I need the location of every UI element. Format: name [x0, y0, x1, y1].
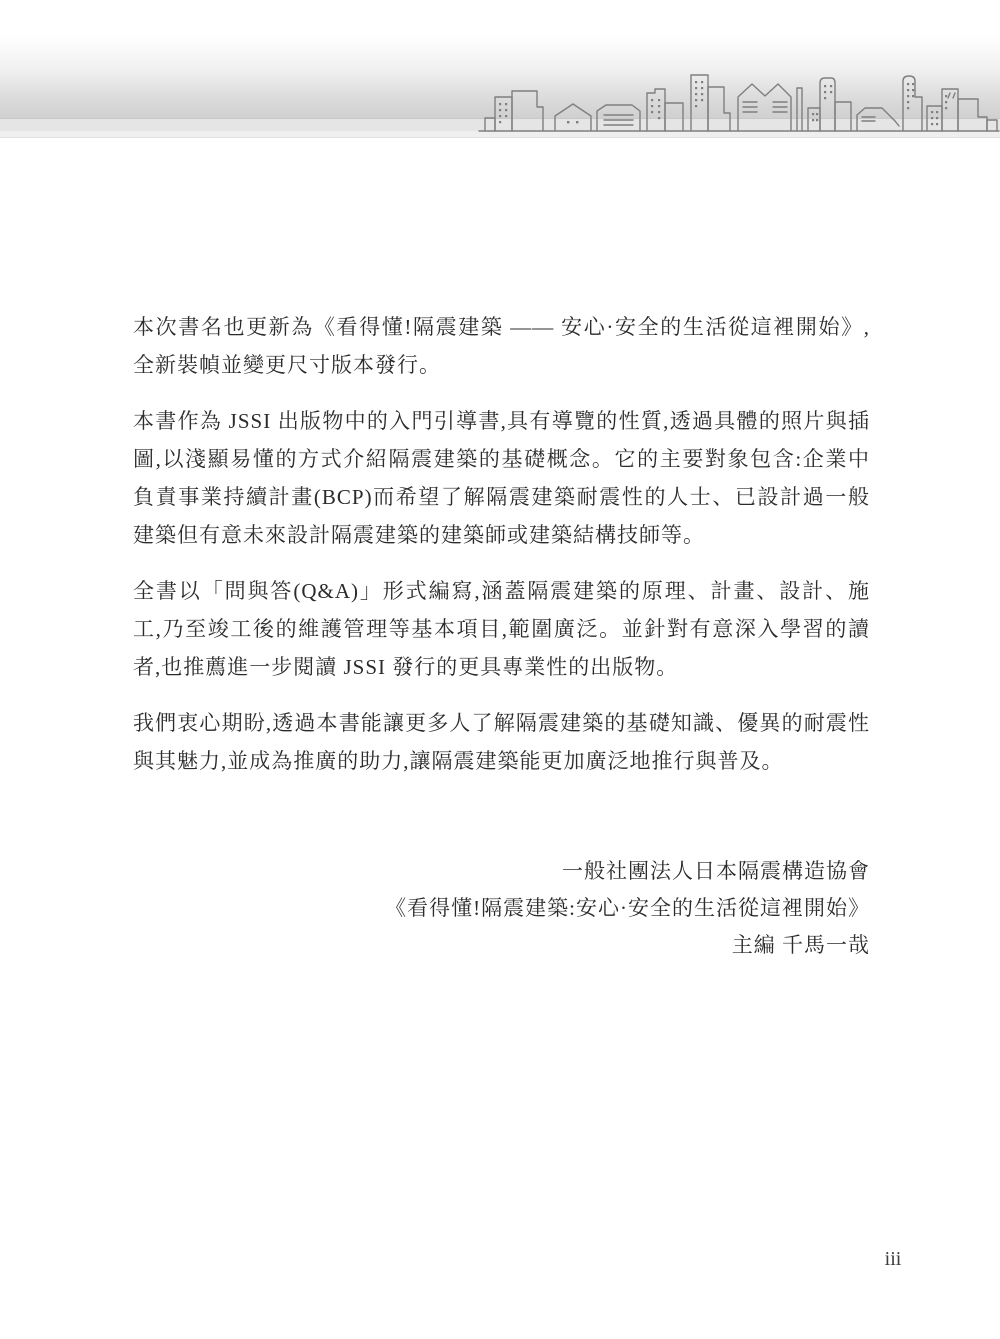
page-number: iii [878, 1248, 908, 1271]
document-page: 本次書名也更新為《看得懂!隔震建築 —— 安心·安全的生活從這裡開始》,全新裝幀… [0, 0, 1000, 1339]
signature-block: 一般社團法人日本隔震構造協會 《看得懂!隔震建築:安心·安全的生活從這裡開始》 … [385, 853, 870, 964]
city-skyline-icon [478, 57, 1000, 135]
paragraph-3: 全書以「問與答(Q&A)」形式編寫,涵蓋隔震建築的原理、計畫、設計、施工,乃至竣… [133, 572, 870, 686]
paragraph-2: 本書作為 JSSI 出版物中的入門引導書,具有導覽的性質,透過具體的照片與插圖,… [133, 402, 870, 554]
paragraph-1: 本次書名也更新為《看得懂!隔震建築 —— 安心·安全的生活從這裡開始》,全新裝幀… [133, 308, 870, 384]
preface-text: 本次書名也更新為《看得懂!隔震建築 —— 安心·安全的生活從這裡開始》,全新裝幀… [133, 308, 870, 798]
signature-editor: 主編 千馬一哉 [385, 927, 870, 964]
signature-book-title: 《看得懂!隔震建築:安心·安全的生活從這裡開始》 [385, 890, 870, 927]
paragraph-4: 我們衷心期盼,透過本書能讓更多人了解隔震建築的基礎知識、優異的耐震性與其魅力,並… [133, 704, 870, 780]
signature-organization: 一般社團法人日本隔震構造協會 [385, 853, 870, 890]
